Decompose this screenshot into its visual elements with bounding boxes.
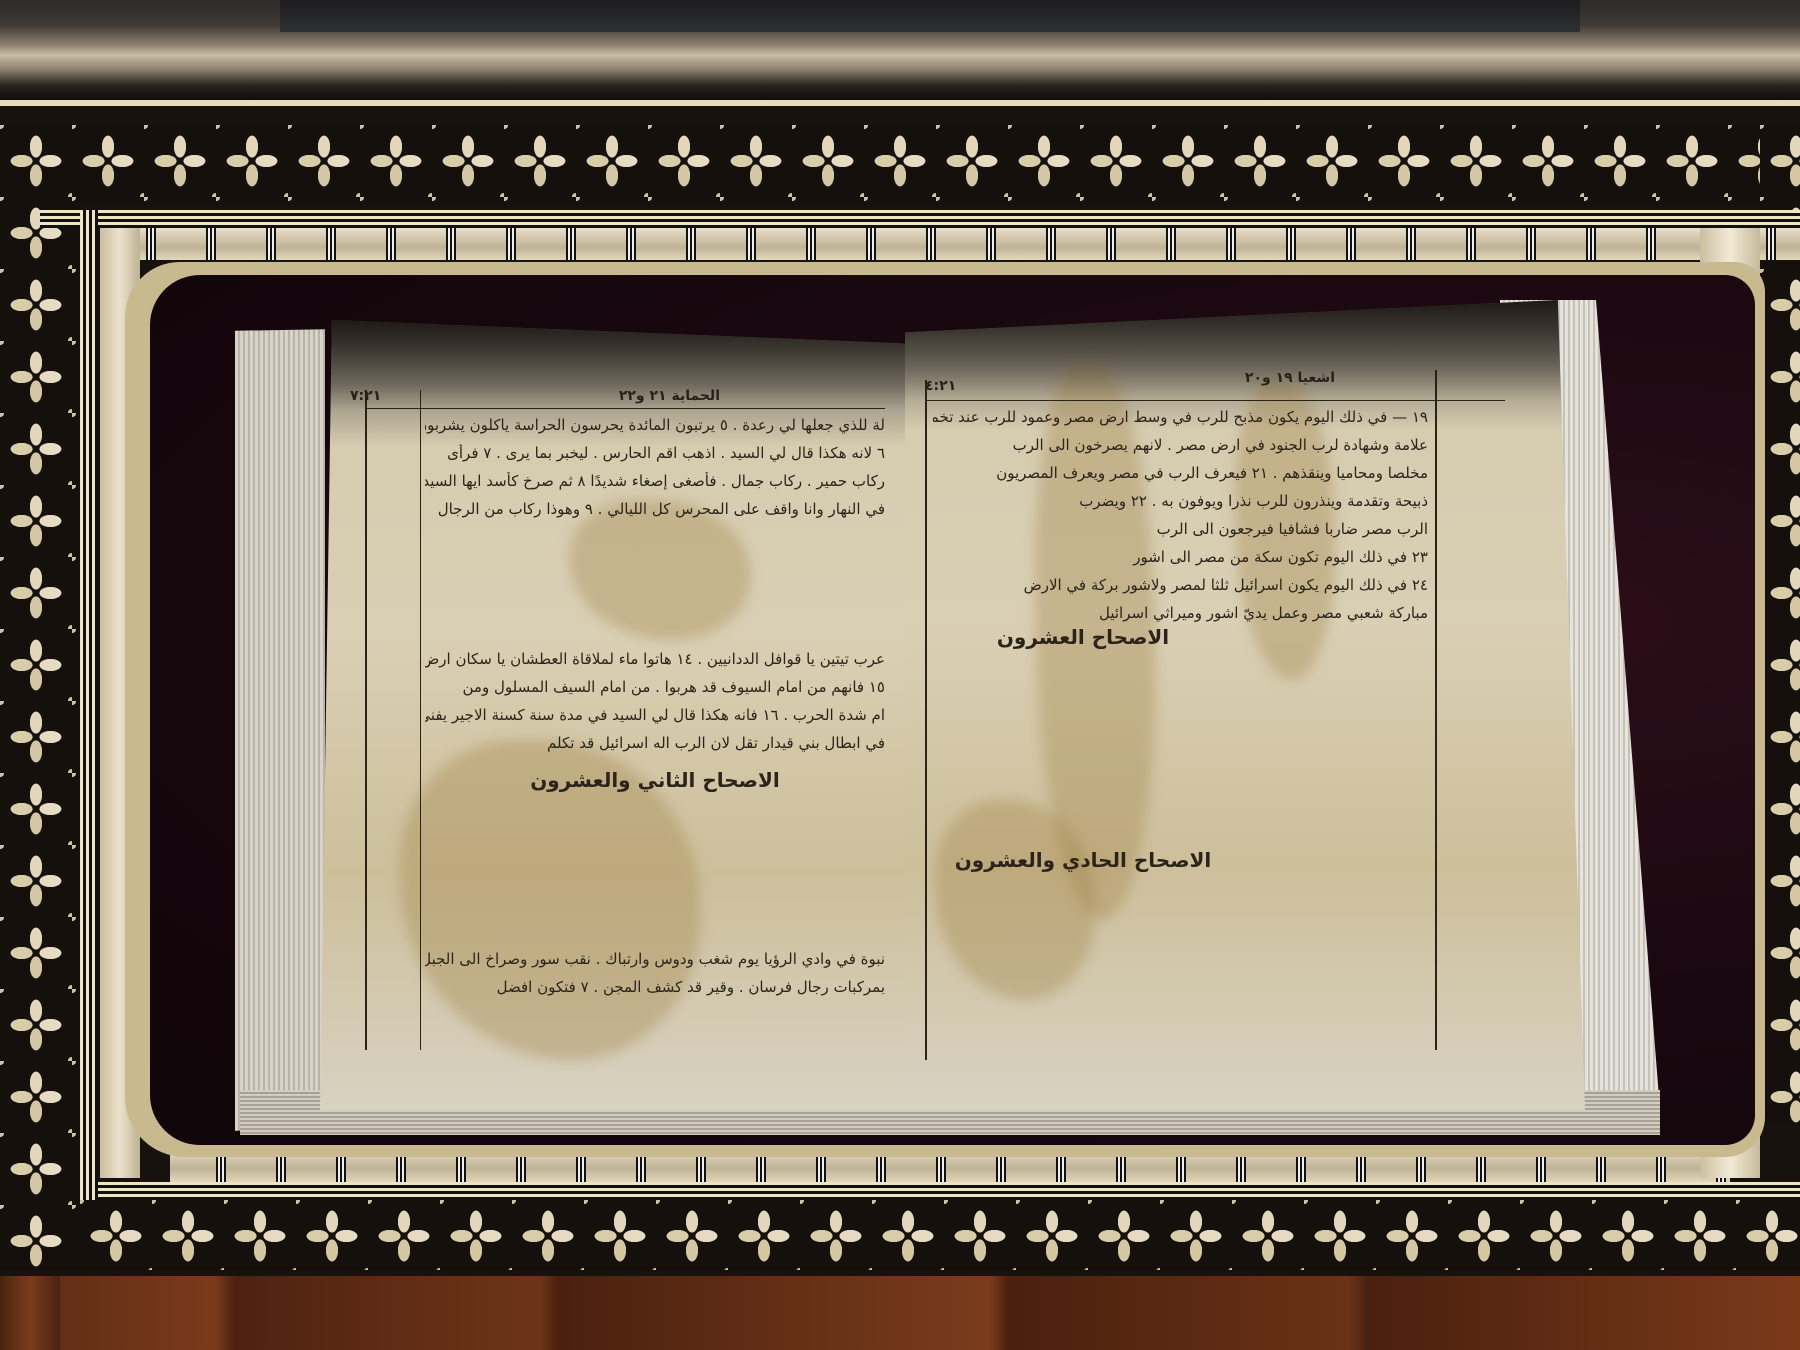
header-rule <box>925 400 1505 401</box>
text-line: ذبيحة وتقدمة وينذرون للرب نذرا ويوفون به… <box>933 492 1428 511</box>
text-line: ركاب حمير . ركاب جمال . فأصغى إصغاء شديد… <box>425 472 885 491</box>
text-line: لة للذي جعلها لي رعدة . ٥ يرتبون المائدة… <box>425 416 885 435</box>
section-heading: الاصحاح الحادي والعشرون <box>933 848 1233 873</box>
margin-rule <box>1435 370 1437 1050</box>
pearl-tile-row-top <box>100 228 1800 260</box>
mother-of-pearl-star-band-bottom <box>80 1200 1800 1270</box>
striped-trim-bottom <box>80 1182 1800 1200</box>
lid-glass-top <box>280 0 1580 32</box>
book-page-edges-left <box>235 329 325 1131</box>
text-line: مخلصا ومحاميا وينقذهم . ٢١ فيعرف الرب في… <box>933 464 1428 483</box>
margin-rule <box>925 380 927 1060</box>
text-line: ٦ لانه هكذا قال لي السيد . اذهب اقم الحا… <box>425 444 885 463</box>
column-rule <box>420 390 421 1050</box>
text-line: نبوة في وادي الرؤيا يوم شغب ودوس وارتباك… <box>425 950 885 969</box>
text-line: بمركبات رجال فرسان . وقير قد كشف المجن .… <box>425 978 885 997</box>
water-stain <box>570 500 750 640</box>
striped-trim-left <box>80 210 98 1200</box>
text-line: ١٩ — في ذلك اليوم يكون مذبح للرب في وسط … <box>933 408 1428 427</box>
text-line: ١٥ فانهم من امام السيوف قد هربوا . من ام… <box>425 678 885 697</box>
section-heading: الاصحاح العشرون <box>933 625 1233 650</box>
left-page: الحماية ٢١ و٢٢ ٧:٢١ لة للذي جعلها لي رعد… <box>320 320 910 1110</box>
margin-rule <box>365 390 367 1050</box>
mother-of-pearl-star-band-left <box>0 125 80 1270</box>
text-line: مباركة شعبي مصر وعمل يديّ اشور وميراثي ا… <box>933 604 1428 623</box>
right-page: اشعيا ١٩ و٢٠ ٤:٢١ ١٩ — في ذلك اليوم يكون… <box>905 300 1585 1110</box>
text-line: في النهار وانا واقف على المحرس كل الليال… <box>425 500 885 519</box>
mother-of-pearl-star-band-right <box>1760 125 1800 1125</box>
text-line: في ابطال بني قيدار تقل لان الرب اله اسرا… <box>425 734 885 753</box>
text-line: ٢٣ في ذلك اليوم تكون سكة من مصر الى اشور <box>933 548 1428 567</box>
text-line: عرب تيتين يا قوافل الددانيين . ١٤ هاتوا … <box>425 650 885 669</box>
mother-of-pearl-star-band-top <box>0 125 1800 205</box>
text-line: الرب مصر ضاربا فشافيا فيرجعون الى الرب <box>933 520 1428 539</box>
striped-trim-top <box>40 210 1800 228</box>
text-line: علامة وشهادة لرب الجنود في ارض مصر . لان… <box>933 436 1428 455</box>
text-line: ام شدة الحرب . ١٦ فانه هكذا قال لي السيد… <box>425 706 885 725</box>
section-heading: الاصحاح الثاني والعشرون <box>425 768 885 793</box>
text-line: ٢٤ في ذلك اليوم يكون اسرائيل ثلثا لمصر و… <box>933 576 1428 595</box>
